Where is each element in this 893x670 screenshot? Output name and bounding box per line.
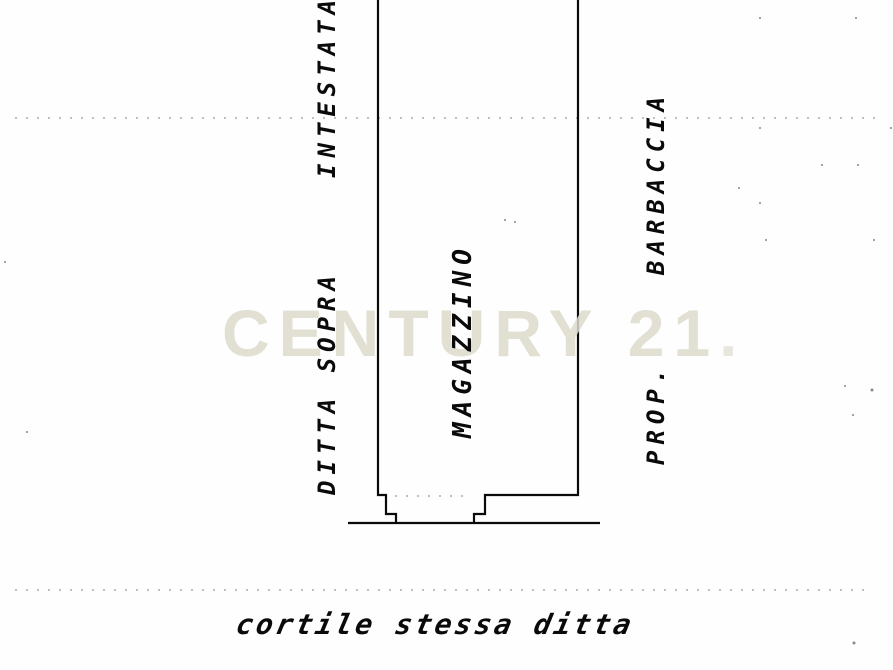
watermark-dot: . [719, 296, 746, 370]
century21-watermark: CENTURY 21. [222, 300, 746, 366]
courtyard-label: cortile stessa ditta [233, 608, 637, 641]
room-label-magazzino: MAGAZZINO [448, 243, 478, 438]
floor-plan-sheet: CENTURY 21. MAGAZZINO DITTA SOPRA INTEST… [0, 0, 893, 670]
right-neighbor-label-line2: BARBACCIA [642, 91, 670, 275]
right-neighbor-label-line1: PROP. [642, 363, 670, 465]
left-neighbor-label-line2: INTESTATA [313, 0, 341, 178]
left-neighbor-label-line1: DITTA SOPRA [313, 270, 341, 495]
